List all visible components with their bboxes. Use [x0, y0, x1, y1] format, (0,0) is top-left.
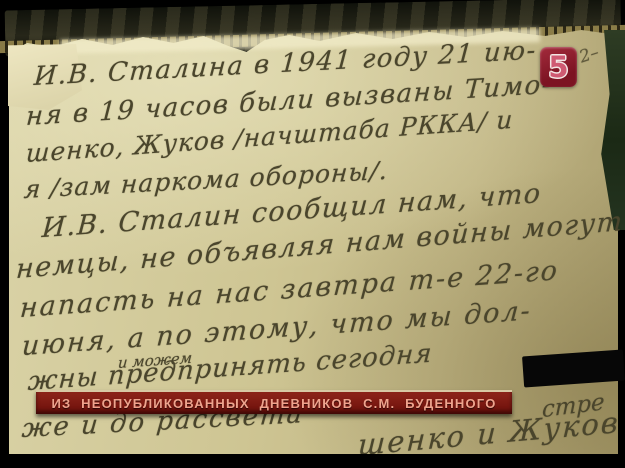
- channel5-logo-digit: 5: [548, 53, 568, 82]
- caption-text: ИЗ НЕОПУБЛИКОВАННЫХ ДНЕВНИКОВ С.М. БУДЕН…: [51, 396, 496, 411]
- letterbox-bottom: [0, 454, 625, 468]
- tv-frame: 2– И.В. Сталина в 1941 году 21 ию- ня в …: [0, 0, 625, 468]
- channel5-logo: 5: [540, 47, 577, 87]
- caption-banner: ИЗ НЕОПУБЛИКОВАННЫХ ДНЕВНИКОВ С.М. БУДЕН…: [36, 390, 512, 414]
